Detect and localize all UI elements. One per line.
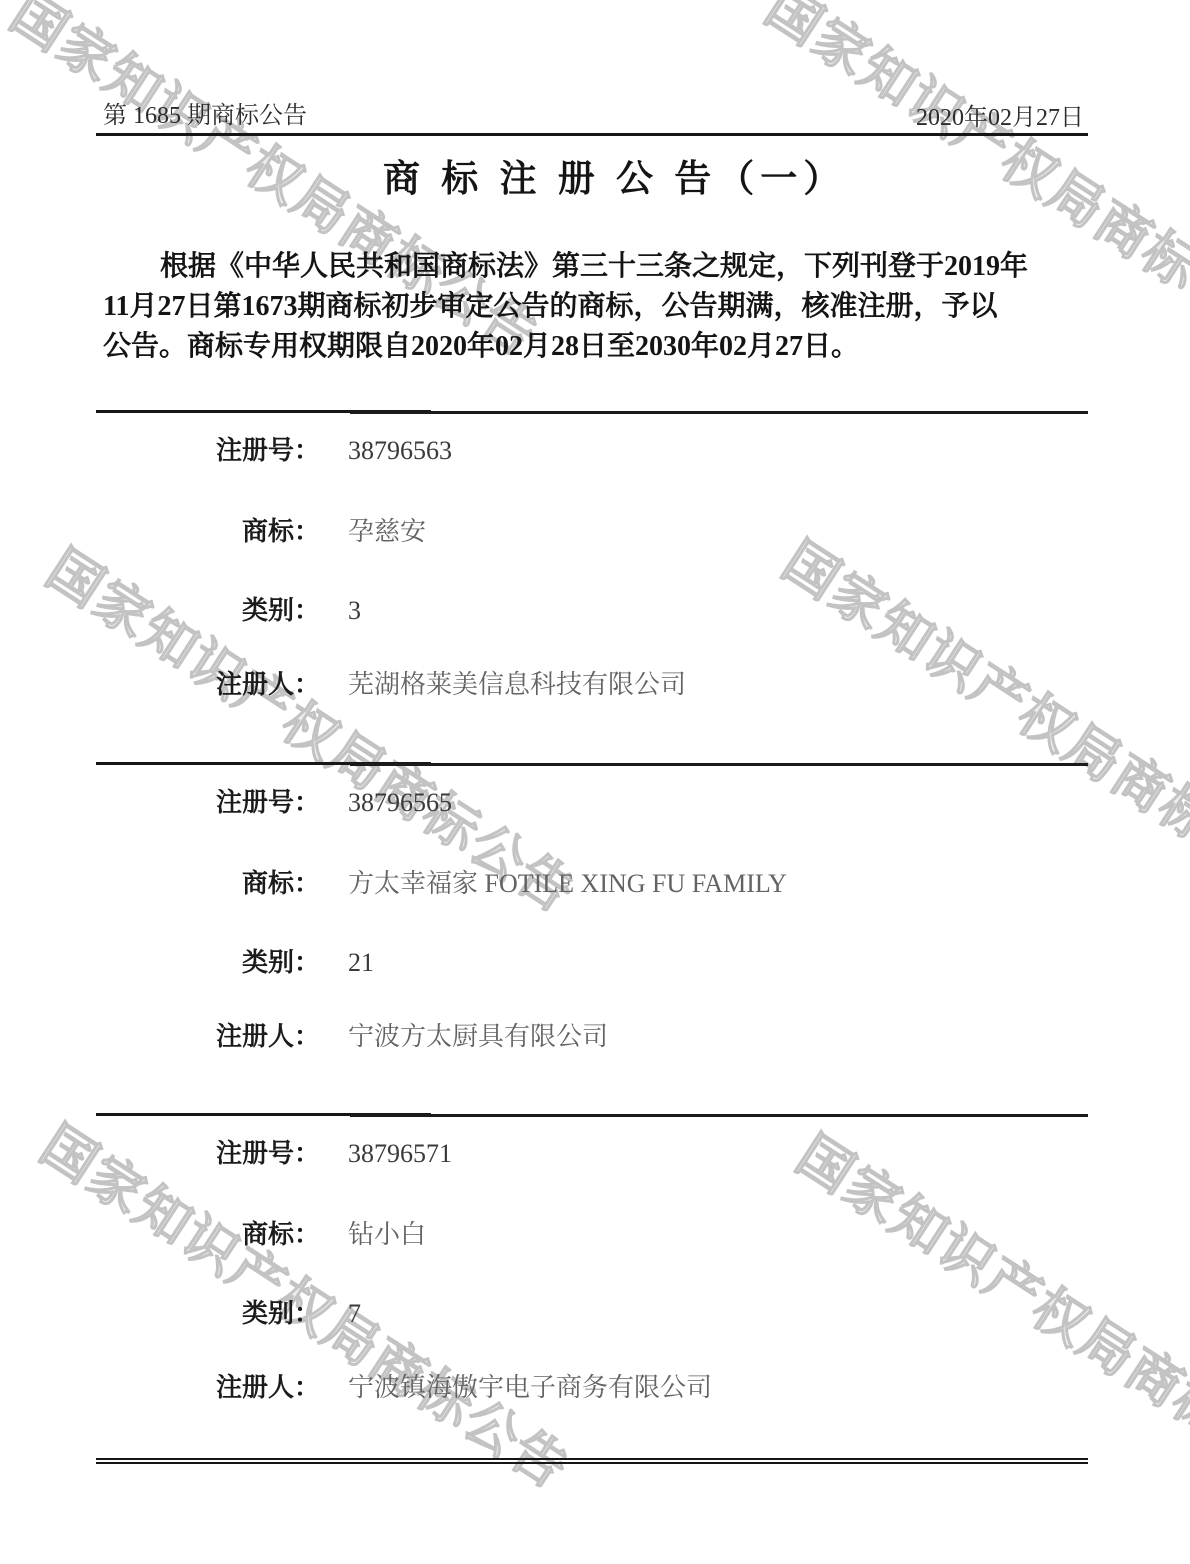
intro-line-2: 11月27日第1673期商标初步审定公告的商标，公告期满，核准注册，予以 — [103, 287, 1088, 327]
entry-divider-segment — [350, 1114, 1088, 1117]
registrant-row: 注册人：宁波方太厨具有限公司 — [140, 1016, 608, 1053]
category-row: 类别：3 — [140, 590, 361, 627]
header-rule — [96, 133, 1088, 136]
trademark-entry-1: 注册号：38796563 商标：孕慈安 类别：3 注册人：芜湖格莱美信息科技有限… — [0, 410, 1190, 762]
category-row: 类别：7 — [140, 1293, 361, 1330]
reg-no-row: 注册号：38796563 — [140, 430, 452, 467]
category-row: 类别：21 — [140, 942, 374, 979]
registrant-row: 注册人：宁波镇海傲宇电子商务有限公司 — [140, 1367, 712, 1404]
mark-row: 商标：孕慈安 — [140, 511, 426, 548]
registrant-label: 注册人： — [140, 1016, 320, 1053]
mark-label: 商标： — [140, 863, 320, 900]
trademark-entry-3: 注册号：38796571 商标：钻小白 类别：7 注册人：宁波镇海傲宇电子商务有… — [0, 1113, 1190, 1465]
mark-row: 商标：方太幸福家 FOTILE XING FU FAMILY — [140, 863, 787, 900]
mark-label: 商标： — [140, 511, 320, 548]
reg-no-label: 注册号： — [140, 430, 320, 467]
entry-divider-segment — [350, 763, 1088, 766]
entry-divider-segment — [350, 411, 1088, 414]
gazette-issue-label: 第 1685 期商标公告 — [103, 95, 307, 130]
category-label: 类别： — [140, 590, 320, 627]
gazette-date: 2020年02月27日 — [916, 97, 1084, 132]
trademark-gazette-page: 国家知识产权局商标公告 国家知识产权局商标公告 国家知识产权局商标公告 国家知识… — [0, 0, 1190, 1564]
closing-rule — [96, 1458, 1088, 1464]
registrant-value: 宁波方太厨具有限公司 — [348, 1022, 608, 1051]
registrant-label: 注册人： — [140, 664, 320, 701]
category-value: 3 — [348, 596, 361, 625]
intro-line-3: 公告。商标专用权期限自2020年02月28日至2030年02月27日。 — [103, 327, 1088, 367]
reg-no-row: 注册号：38796565 — [140, 782, 452, 819]
mark-label: 商标： — [140, 1214, 320, 1251]
registrant-value: 宁波镇海傲宇电子商务有限公司 — [348, 1373, 712, 1402]
reg-no-value: 38796563 — [348, 436, 452, 465]
category-label: 类别： — [140, 1293, 320, 1330]
registrant-value: 芜湖格莱美信息科技有限公司 — [348, 670, 686, 699]
category-label: 类别： — [140, 942, 320, 979]
reg-no-row: 注册号：38796571 — [140, 1133, 452, 1170]
reg-no-value: 38796565 — [348, 788, 452, 817]
reg-no-label: 注册号： — [140, 782, 320, 819]
mark-value: 孕慈安 — [348, 517, 426, 546]
mark-value: 方太幸福家 FOTILE XING FU FAMILY — [348, 869, 787, 898]
registrant-row: 注册人：芜湖格莱美信息科技有限公司 — [140, 664, 686, 701]
reg-no-label: 注册号： — [140, 1133, 320, 1170]
trademark-entry-2: 注册号：38796565 商标：方太幸福家 FOTILE XING FU FAM… — [0, 762, 1190, 1114]
registrant-label: 注册人： — [140, 1367, 320, 1404]
category-value: 21 — [348, 948, 374, 977]
page-title: 商 标 注 册 公 告（一） — [383, 148, 846, 202]
mark-row: 商标：钻小白 — [140, 1214, 426, 1251]
intro-line-1: 根据《中华人民共和国商标法》第三十三条之规定，下列刊登于2019年 — [103, 247, 1088, 287]
category-value: 7 — [348, 1299, 361, 1328]
intro-paragraph: 根据《中华人民共和国商标法》第三十三条之规定，下列刊登于2019年 11月27日… — [103, 247, 1088, 367]
reg-no-value: 38796571 — [348, 1139, 452, 1168]
mark-value: 钻小白 — [348, 1220, 426, 1249]
